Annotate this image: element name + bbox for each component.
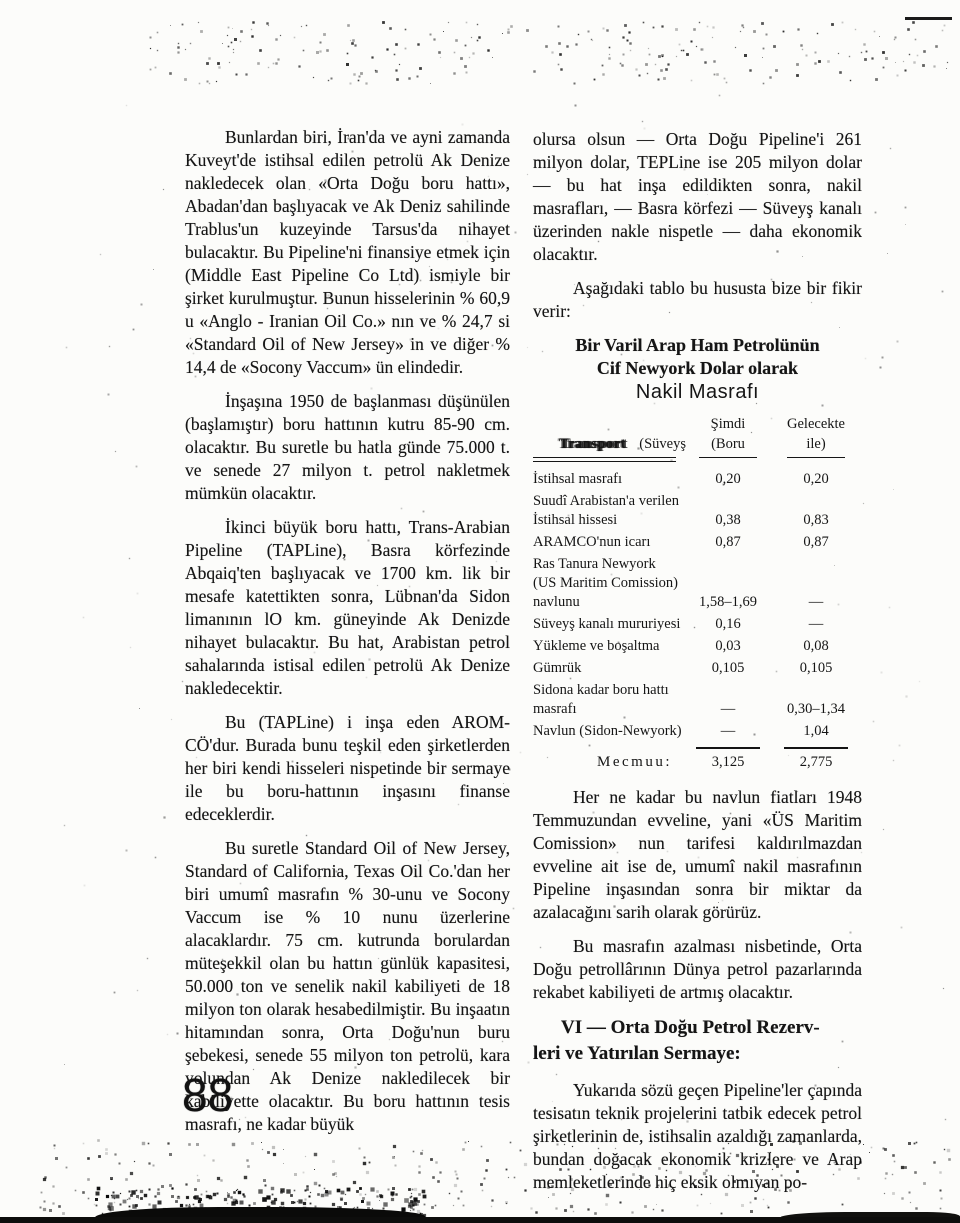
table-title-line1: Bir Varil Arap Ham Petrolünün <box>533 334 862 357</box>
row-value-now: 0,20 <box>686 470 770 489</box>
table-row: İstihsal masrafı 0,20 0,20 <box>533 470 862 489</box>
row-label: ARAMCO'nun icarı <box>533 533 686 552</box>
row-label: Süveyş kanalı mururiyesi <box>533 615 686 634</box>
row-value-future: 0,105 <box>770 659 862 678</box>
row-value-future: 0,30–1,34 <box>770 700 862 719</box>
table-title-line2: Cif Newyork Dolar olarak <box>533 357 862 380</box>
row-value-future: 1,04 <box>770 722 862 741</box>
row-value-now: 0,03 <box>686 637 770 656</box>
table-row: ARAMCO'nun icarı 0,87 0,87 <box>533 533 862 552</box>
row-value-now: — <box>686 722 770 741</box>
scan-noise-top <box>0 0 1 1</box>
row-value-future: 0,08 <box>770 637 862 656</box>
scan-noise-bottom <box>0 0 1 1</box>
table-row: Sidona kadar boru hattı masrafı — 0,30–1… <box>533 681 862 719</box>
row-label: Suudî Arabistan'a verilen İstihsal hisse… <box>533 492 686 530</box>
header-boru-label: (Boru <box>686 435 770 454</box>
total-future-rule <box>770 747 862 749</box>
paragraph-reserves-intro: Yukarıda sözü geçen Pipeline'ler çapında… <box>533 1079 862 1194</box>
paragraph-tapline: İkinci büyük boru hattı, Trans-Arabian P… <box>185 516 510 700</box>
table-title-line3: Nakil Masrafı <box>533 380 862 405</box>
paragraph-capacity: Bu suretle Standard Oil of New Jersey, S… <box>185 837 510 1136</box>
row-value-future: 0,20 <box>770 470 862 489</box>
future-column-rule <box>770 457 862 458</box>
row-value-now: 0,105 <box>686 659 770 678</box>
paragraph-pipeline-intro: Bunlardan biri, İran'da ve ayni zamanda … <box>185 126 510 379</box>
total-value-now: 3,125 <box>686 753 770 772</box>
row-value-now: 0,38 <box>686 511 770 530</box>
scan-bottom-edge <box>0 1217 960 1223</box>
table-header-sub: Transport (Süveyş (Boru ile) <box>533 435 862 454</box>
paragraph-freight-rates: Her ne kadar bu navlun fiatları 1948 Tem… <box>533 786 862 924</box>
table-header-top: Şimdi Gelecekte <box>533 415 862 434</box>
header-label-cell: Transport (Süveyş <box>533 435 686 454</box>
header-ile-label: ile) <box>770 435 862 454</box>
row-label: Sidona kadar boru hattı masrafı <box>533 681 686 719</box>
page-number: 88 <box>182 1072 233 1118</box>
table-total-row: Mecmuu: 3,125 2,775 <box>533 753 862 772</box>
row-label: İstihsal masrafı <box>533 470 686 489</box>
row-value-future: 0,83 <box>770 511 862 530</box>
table-total-rule <box>533 747 862 749</box>
header-suez-label: (Süveyş <box>639 435 686 454</box>
header-double-rule <box>533 457 676 462</box>
total-label: Mecmuu: <box>533 753 686 772</box>
paragraph-cost-comparison: olursa olsun — Orta Doğu Pipeline'i 261 … <box>533 128 862 266</box>
row-label: Yükleme ve boşaltma <box>533 637 686 656</box>
section-heading-reserves: VI — Orta Doğu Petrol Rezerv- leri ve Ya… <box>533 1015 862 1067</box>
row-label: Ras Tanura Newyork (US Maritim Comission… <box>533 555 686 612</box>
section-heading-line1: VI — Orta Doğu Petrol Rezerv- <box>533 1015 862 1041</box>
scan-corner-mark <box>905 17 952 20</box>
row-label: Gümrük <box>533 659 686 678</box>
row-value-future: 0,87 <box>770 533 862 552</box>
row-value-now: 1,58–1,69 <box>686 593 770 612</box>
right-column: olursa olsun — Orta Doğu Pipeline'i 261 … <box>533 128 862 1205</box>
row-value-now: 0,87 <box>686 533 770 552</box>
table-row: Navlun (Sidon-Newyork) — 1,04 <box>533 722 862 741</box>
table-row: Suudî Arabistan'a verilen İstihsal hisse… <box>533 492 862 530</box>
table-row: Süveyş kanalı mururiyesi 0,16 — <box>533 615 862 634</box>
scan-noise-page <box>0 0 1 1</box>
column-header-now: Şimdi <box>686 415 770 434</box>
scanned-document-page: Bunlardan biri, İran'da ve ayni zamanda … <box>0 0 960 1223</box>
transport-cost-table: Bir Varil Arap Ham Petrolünün Cif Newyor… <box>533 334 862 772</box>
section-heading-line2: leri ve Yatırılan Sermaye: <box>533 1041 862 1067</box>
column-header-future: Gelecekte <box>770 415 862 434</box>
row-label: Navlun (Sidon-Newyork) <box>533 722 686 741</box>
paragraph-competitiveness: Bu masrafın azalması nisbetinde, Orta Do… <box>533 935 862 1004</box>
table-header-rule <box>533 457 862 462</box>
header-transport-label: Transport <box>559 435 626 454</box>
total-value-future: 2,775 <box>770 753 862 772</box>
paragraph-table-intro: Aşağıdaki tablo bu hususta bize bir fiki… <box>533 277 862 323</box>
total-rule-spacer <box>533 747 686 749</box>
row-value-future: — <box>770 593 862 612</box>
left-column: Bunlardan biri, İran'da ve ayni zamanda … <box>185 126 510 1147</box>
table-row: Gümrük 0,105 0,105 <box>533 659 862 678</box>
scan-noise-bottom-blob <box>0 0 1 1</box>
row-value-now: 0,16 <box>686 615 770 634</box>
row-value-now: — <box>686 700 770 719</box>
total-now-rule <box>686 747 770 749</box>
now-column-rule <box>686 457 770 458</box>
table-row: Yükleme ve boşaltma 0,03 0,08 <box>533 637 862 656</box>
row-value-future: — <box>770 615 862 634</box>
table-row: Ras Tanura Newyork (US Maritim Comission… <box>533 555 862 612</box>
paragraph-aramco: Bu (TAPLine) i inşa eden AROM-CÖ'dur. Bu… <box>185 711 510 826</box>
paragraph-construction-1950: İnşaşına 1950 de başlanması düşünülen (b… <box>185 390 510 505</box>
